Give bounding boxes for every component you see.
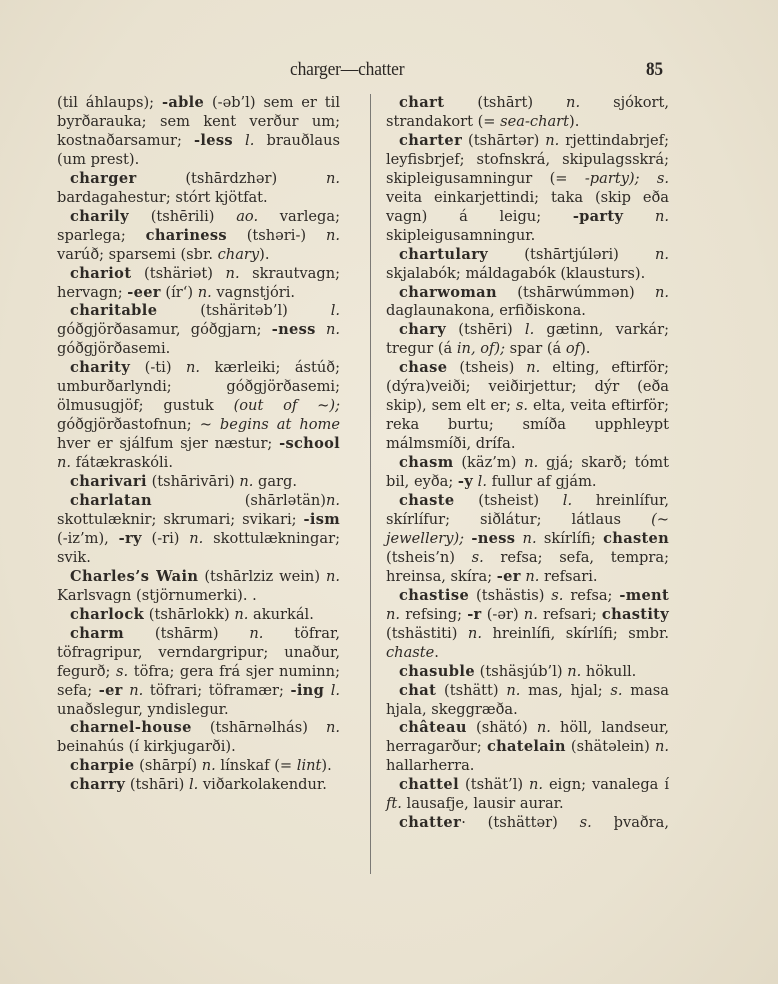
definition-text: eign; vanalega í <box>543 776 669 793</box>
italic-label: n. <box>239 473 253 490</box>
definition-text <box>324 682 331 699</box>
definition-text: (-ri) <box>142 530 190 547</box>
definition-text: hallarherra. <box>386 757 474 774</box>
italic-label: sea-chart <box>500 113 569 130</box>
italic-label: s. <box>116 663 128 680</box>
italic-label: s. <box>610 682 622 699</box>
definition-text: (tshäriət) <box>131 265 225 282</box>
definition-text: (tshārlziz wein) <box>198 568 326 585</box>
definition-text: þvaðra, <box>592 814 669 831</box>
derived-form: -school <box>279 435 340 452</box>
italic-label: l. <box>478 473 487 490</box>
italic-label: n. <box>655 246 669 263</box>
dictionary-entry: charlock (tshārlokk) n. akurkál. <box>57 606 340 625</box>
definition-text: (tshārtər) <box>462 132 545 149</box>
derived-form: -ment <box>619 587 669 604</box>
italic-label: n. <box>234 606 248 623</box>
italic-label: n. <box>326 719 340 736</box>
italic-label: n. <box>249 625 263 642</box>
italic-label: l. <box>331 302 340 319</box>
italic-label: of <box>566 340 580 357</box>
dictionary-entry: château (shätó) n. höll, landseur, herra… <box>386 719 669 776</box>
definition-text <box>316 321 326 338</box>
italic-label: n. <box>326 321 340 338</box>
definition-text <box>233 132 245 149</box>
dictionary-page: charger—chatter 85 (til áhlaups); -able … <box>0 0 778 984</box>
page-header: charger—chatter 85 <box>0 59 778 83</box>
headword: charry <box>70 776 125 793</box>
definition-text: skjalabók; máldagabók (klausturs). <box>386 265 645 282</box>
italic-label: n. <box>57 454 71 471</box>
definition-text: spar (á <box>505 340 566 357</box>
derived-form: -able <box>162 94 204 111</box>
headword: chariot <box>70 265 131 282</box>
definition-text: . <box>434 644 439 661</box>
headword: chat <box>399 682 436 699</box>
italic-label: s. <box>516 397 528 414</box>
definition-text: (shätəlein) <box>566 738 655 755</box>
definition-text: hver er sjálfum sjer næstur; <box>57 435 279 452</box>
definition-text: mas, hjal; <box>520 682 610 699</box>
definition-text: (tshārlokk) <box>144 606 234 623</box>
italic-label: n. <box>655 208 669 225</box>
headword: chaste <box>399 492 455 509</box>
dictionary-entry: chatter· (tshättər) s. þvaðra, <box>386 814 669 833</box>
italic-label: s. <box>472 549 484 566</box>
headword: charm <box>70 625 124 642</box>
italic-label: l. <box>331 682 340 699</box>
headword: chatter <box>399 814 461 831</box>
headword: charter <box>399 132 462 149</box>
dictionary-entry: charter (tshārtər) n. rjettindabrjef; le… <box>386 132 669 246</box>
definition-text: (til áhlaups); <box>57 94 162 111</box>
definition-text: refsari; <box>538 606 602 623</box>
definition-text: (tshäsjúb’l) <box>475 663 567 680</box>
italic-label: -party); s. <box>585 170 669 187</box>
dictionary-entry: chariot (tshäriət) n. skrautvagn; hervag… <box>57 265 340 303</box>
italic-label: chary <box>218 246 260 263</box>
page-number: 85 <box>646 59 663 81</box>
dictionary-entry: charger (tshārdzhər) n. bardagahestur; s… <box>57 170 340 208</box>
dictionary-entry: chart (tshārt) n. sjókort, strandakort (… <box>386 94 669 132</box>
italic-label: l. <box>189 776 198 793</box>
definition-text: skipleigusamningur. <box>386 227 535 244</box>
definition-text: fullur af gjám. <box>487 473 597 490</box>
definition-text: refsa; <box>563 587 619 604</box>
definition-text: fátækraskóli. <box>71 454 173 471</box>
definition-text: (tshārnəlhás) <box>192 719 326 736</box>
italic-label: n. <box>523 530 537 547</box>
derived-form: -ism <box>304 511 340 528</box>
headword: charger <box>70 170 137 187</box>
definition-text: unaðslegur, yndislegur. <box>57 701 229 718</box>
dictionary-entry: charpie (shārpí) n. línskaf (= lint). <box>57 757 340 776</box>
italic-label: n. <box>566 94 580 111</box>
definition-text: (ír‘) <box>161 284 198 301</box>
italic-label: n. <box>326 227 340 244</box>
definition-text: vagnstjóri. <box>212 284 295 301</box>
headword: chasuble <box>399 663 475 680</box>
definition-text: (tshāri) <box>125 776 189 793</box>
definition-text: refsing; <box>400 606 467 623</box>
definition-text: góðgjörðasemi. <box>57 340 170 357</box>
headword: charlatan <box>70 492 152 509</box>
headword: chase <box>399 359 447 376</box>
italic-label: s. <box>551 587 563 604</box>
dictionary-entry: chasuble (tshäsjúb’l) n. hökull. <box>386 663 669 682</box>
definition-text: (shätó) <box>467 719 537 736</box>
definition-text: ). <box>321 757 331 774</box>
italic-label: n. <box>468 625 482 642</box>
definition-text: (tshārm) <box>124 625 249 642</box>
headword: charnel-house <box>70 719 192 736</box>
definition-text: skottulæknir; skrumari; svikari; <box>57 511 304 528</box>
column-divider <box>370 94 371 874</box>
italic-label: l. <box>563 492 572 509</box>
derived-form: -y <box>458 473 473 490</box>
italic-label: n. <box>129 682 143 699</box>
italic-label: n. <box>524 606 538 623</box>
definition-text <box>623 208 655 225</box>
definition-text: ). <box>569 113 579 130</box>
dictionary-entry: chattel (tshät’l) n. eign; vanalega í ft… <box>386 776 669 814</box>
derived-form: chariness <box>146 227 227 244</box>
definition-text: (tshērili) <box>129 208 236 225</box>
dictionary-entry: chaste (tsheist) l. hreinlífur, skírlífu… <box>386 492 669 587</box>
dictionary-entry: charily (tshērili) ao. varlega; sparlega… <box>57 208 340 265</box>
italic-label: n. <box>655 738 669 755</box>
headword: chastise <box>399 587 469 604</box>
definition-text: (tsheis) <box>447 359 526 376</box>
headword: charity <box>70 359 130 376</box>
derived-form: -r <box>467 606 481 623</box>
dictionary-entry: charnel-house (tshārnəlhás) n. beinahús … <box>57 719 340 757</box>
italic-label: n. <box>545 132 559 149</box>
headword: Charles’s Wain <box>70 568 198 585</box>
headword: chart <box>399 94 444 111</box>
derived-form: -ing <box>290 682 324 699</box>
headword: charlock <box>70 606 144 623</box>
dictionary-entry: Charles’s Wain (tshārlziz wein) n. Karls… <box>57 568 340 606</box>
headword: charitable <box>70 302 157 319</box>
definition-text: ). <box>259 246 269 263</box>
italic-label: in, of); <box>457 340 505 357</box>
definition-text: akurkál. <box>248 606 313 623</box>
left-column: (til áhlaups); -able (-əb’l) sem er til … <box>57 94 340 795</box>
italic-label: s. <box>580 814 592 831</box>
derived-form: chastity <box>602 606 669 623</box>
running-head: charger—chatter <box>290 59 404 81</box>
italic-label: ao. <box>236 208 258 225</box>
italic-label: n. <box>524 454 538 471</box>
italic-label: n. <box>567 663 581 680</box>
italic-label: n. <box>326 568 340 585</box>
italic-label: l. <box>525 321 534 338</box>
dictionary-entry: chasm (käz’m) n. gjá; skarð; tómt bil, e… <box>386 454 669 492</box>
definition-text: (tshəri-) <box>227 227 326 244</box>
definition-text: (käz’m) <box>454 454 525 471</box>
definition-text: · (tshättər) <box>461 814 579 831</box>
definition-text: góðgjörðastofnun; <box>57 416 200 433</box>
definition-text: (tshästis) <box>469 587 551 604</box>
derived-form: -er <box>99 682 123 699</box>
definition-text: varúð; sparsemi (sbr. <box>57 246 218 263</box>
italic-label: n. <box>506 682 520 699</box>
italic-label: ~ begins at home <box>200 416 340 433</box>
headword: chasm <box>399 454 454 471</box>
definition-text: garg. <box>253 473 297 490</box>
dictionary-entry: charry (tshāri) l. viðarkolakendur. <box>57 776 340 795</box>
italic-label: n. <box>525 568 539 585</box>
definition-text: (tsheist) <box>455 492 563 509</box>
dictionary-entry: chary (tshēri) l. gætinn, varkár; tregur… <box>386 321 669 359</box>
italic-label: ft. <box>386 795 402 812</box>
definition-text: beinahús (í kirkjugarði). <box>57 738 236 755</box>
headword: charily <box>70 208 129 225</box>
derived-form: -party <box>573 208 623 225</box>
definition-text: (tshästiti) <box>386 625 468 642</box>
definition-text: (tshārdzhər) <box>137 170 326 187</box>
headword: chartulary <box>399 246 488 263</box>
headword: chattel <box>399 776 459 793</box>
definition-text: (tshäritəb’l) <box>157 302 330 319</box>
headword: chary <box>399 321 446 338</box>
italic-label: n. <box>202 757 216 774</box>
dictionary-entry: chastise (tshästis) s. refsa; -ment n. r… <box>386 587 669 663</box>
dictionary-entry: charivari (tshārivāri) n. garg. <box>57 473 340 492</box>
definition-text: daglaunakona, erfiðiskona. <box>386 302 586 319</box>
definition-text: (tshārt) <box>444 94 566 111</box>
definition-text: (-ər) <box>482 606 524 623</box>
dictionary-entry: charitable (tshäritəb’l) l. góðgjörðasam… <box>57 302 340 359</box>
italic-label: n. <box>529 776 543 793</box>
definition-text <box>515 530 522 547</box>
definition-text: (-ti) <box>130 359 186 376</box>
dictionary-entry: chat (tshätt) n. mas, hjal; s. masa hjal… <box>386 682 669 720</box>
headword: château <box>399 719 467 736</box>
definition-text: (tshārivāri) <box>147 473 239 490</box>
italic-label: n. <box>198 284 212 301</box>
headword: charivari <box>70 473 147 490</box>
definition-text: (tshēri) <box>446 321 525 338</box>
right-column: chart (tshārt) n. sjókort, strandakort (… <box>386 94 669 833</box>
italic-label: l. <box>245 132 254 149</box>
dictionary-entry: charwoman (tshārwúmmən) n. daglaunakona,… <box>386 284 669 322</box>
derived-form: -ness <box>471 530 515 547</box>
italic-label: n. <box>326 170 340 187</box>
italic-label: chaste <box>386 644 434 661</box>
definition-text: (tshārtjúləri) <box>488 246 655 263</box>
definition-text: (tsheis’n) <box>386 549 472 566</box>
derived-form: -ry <box>119 530 142 547</box>
definition-text: ). <box>580 340 590 357</box>
definition-text: (shārlətän) <box>152 492 326 509</box>
dictionary-entry: charity (-ti) n. kærleiki; ástúð; umburð… <box>57 359 340 473</box>
italic-label: n. <box>226 265 240 282</box>
definition-text: skírlífi; <box>537 530 604 547</box>
definition-text: línskaf (= <box>216 757 297 774</box>
headword: charpie <box>70 757 134 774</box>
derived-form: -er <box>497 568 521 585</box>
italic-label: n. <box>189 530 203 547</box>
italic-label: lint <box>297 757 322 774</box>
italic-label: n. <box>526 359 540 376</box>
derived-form: chatelain <box>487 738 566 755</box>
definition-text: lausafje, lausir aurar. <box>402 795 564 812</box>
italic-label: n. <box>326 492 340 509</box>
definition-text: bardagahestur; stórt kjötfat. <box>57 189 268 206</box>
definition-text: Karlsvagn (stjörnumerki). . <box>57 587 257 604</box>
italic-label: n. <box>655 284 669 301</box>
definition-text: töfrari; töframær; <box>143 682 290 699</box>
definition-text: (shārpí) <box>134 757 201 774</box>
dictionary-entry: charlatan (shārlətän)n. skottulæknir; sk… <box>57 492 340 568</box>
derived-form: -less <box>194 132 233 149</box>
definition-text: (tshätt) <box>436 682 506 699</box>
dictionary-entry: chartulary (tshārtjúləri) n. skjalabók; … <box>386 246 669 284</box>
definition-text: hökull. <box>581 663 636 680</box>
dictionary-entry: charm (tshārm) n. töfrar, töfragripur, v… <box>57 625 340 720</box>
dictionary-entry: (til áhlaups); -able (-əb’l) sem er til … <box>57 94 340 170</box>
dictionary-entry: chase (tsheis) n. elting, eftirför; (dýr… <box>386 359 669 454</box>
definition-text: refsari. <box>539 568 597 585</box>
headword: charwoman <box>399 284 497 301</box>
definition-text: viðarkolakendur. <box>198 776 327 793</box>
derived-form: chasten <box>603 530 669 547</box>
italic-label: n. <box>537 719 551 736</box>
derived-form: -ness <box>272 321 316 338</box>
italic-label: n. <box>386 606 400 623</box>
italic-label: (out of ~); <box>234 397 340 414</box>
derived-form: -eer <box>127 284 161 301</box>
definition-text: (-iz’m), <box>57 530 119 547</box>
definition-text: (tshät’l) <box>459 776 529 793</box>
definition-text: (tshārwúmmən) <box>497 284 655 301</box>
definition-text: góðgjörðasamur, góðgjarn; <box>57 321 272 338</box>
italic-label: n. <box>186 359 200 376</box>
definition-text: hreinlífi, skírlífi; smbr. <box>482 625 669 642</box>
